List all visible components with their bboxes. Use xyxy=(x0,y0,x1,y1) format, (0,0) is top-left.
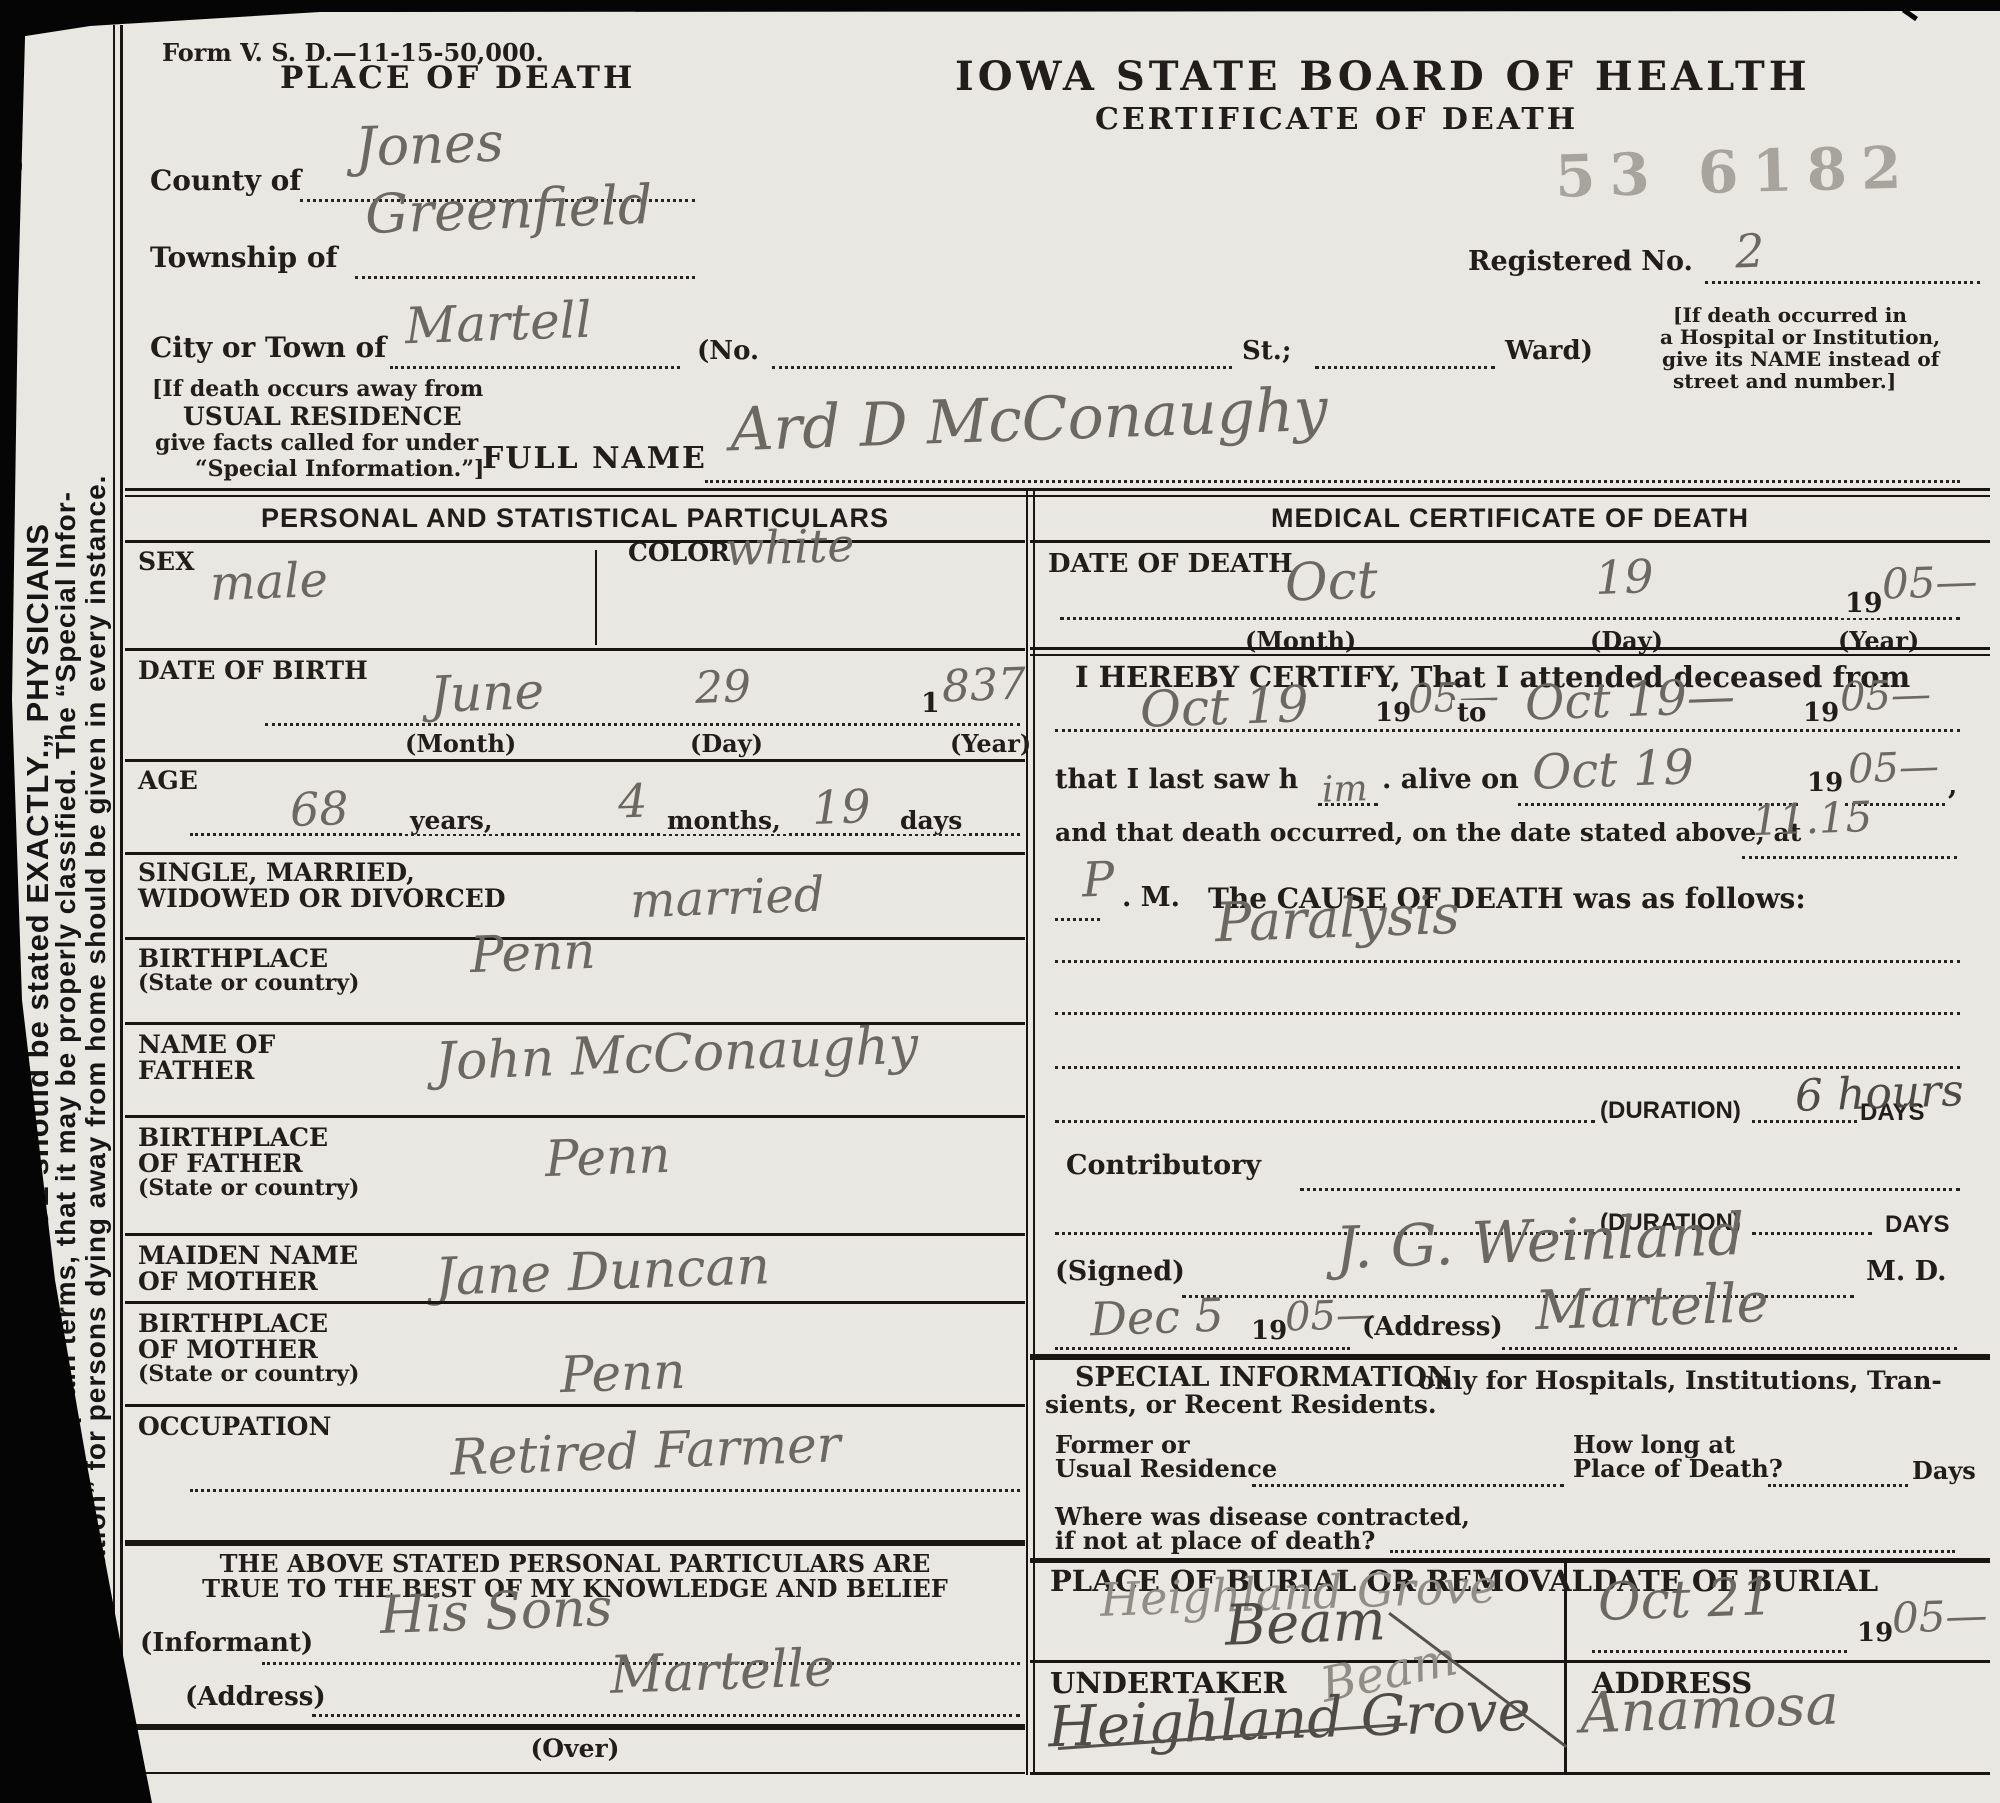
cause-line-3 xyxy=(1055,1066,1960,1069)
former-residence-line xyxy=(1252,1484,1564,1487)
right-rule-1b xyxy=(1030,654,1990,656)
column-divider-1 xyxy=(1026,488,1028,1775)
cause-line-1 xyxy=(1055,960,1960,963)
street-no-line xyxy=(772,366,1232,369)
left-rule-1 xyxy=(125,648,1025,651)
hospital-note-line1: [If death occurred in xyxy=(1673,305,1907,326)
date-of-death-day: 19 xyxy=(1594,553,1654,601)
dob-day-cap: (Day) xyxy=(690,731,763,756)
death-certificate-scan: carefully supplied. AGE should be stated… xyxy=(0,0,2000,1803)
date-of-death-year-hand: 05— xyxy=(1881,560,1978,605)
margin-instruction-line3: mation” for persons dying away from home… xyxy=(80,475,112,1592)
township-label: Township of xyxy=(150,243,338,272)
father-name-label-2: FATHER xyxy=(138,1058,254,1084)
former-residence-label-2: Usual Residence xyxy=(1055,1456,1277,1481)
duration2-days-label: DAYS xyxy=(1885,1212,1949,1237)
city-line xyxy=(390,366,680,369)
age-years-cap: years, xyxy=(405,808,498,834)
marital-label-2: WIDOWED OR DIVORCED xyxy=(138,886,506,912)
contributory-label: Contributory xyxy=(1066,1152,1261,1180)
township-line xyxy=(355,276,695,279)
cause-line-2 xyxy=(1055,1012,1960,1015)
right-rule-3 xyxy=(1030,1558,1990,1563)
color-value: white xyxy=(724,522,855,572)
left-rule-11 xyxy=(125,1724,1025,1730)
right-rule-2 xyxy=(1030,1354,1990,1360)
date-of-death-year-printed: 19 xyxy=(1840,590,1888,618)
signed-date-hand: Dec 5 xyxy=(1089,1292,1224,1343)
signed-date-line xyxy=(1055,1347,1350,1350)
date-of-death-line xyxy=(1060,617,1960,620)
hospital-note-line4: street and number.] xyxy=(1673,371,1896,392)
signed-address-line xyxy=(1502,1347,1957,1350)
full-name-label: FULL NAME xyxy=(482,443,707,475)
personal-section-title: PERSONAL AND STATISTICAL PARTICULARS xyxy=(125,504,1025,532)
last-saw-hand: im xyxy=(1321,771,1368,809)
left-rule-9 xyxy=(125,1404,1025,1407)
contributory-line xyxy=(1300,1188,1960,1191)
father-birthplace-label-1: BIRTHPLACE xyxy=(138,1125,328,1151)
informant-address-label: (Address) xyxy=(185,1684,326,1711)
occurred-text: and that death occurred, on the date sta… xyxy=(1055,820,1801,846)
informant-address-value: Martelle xyxy=(609,1642,835,1702)
certificate-title: CERTIFICATE OF DEATH xyxy=(1095,104,1578,136)
mother-birthplace-label-2: OF MOTHER xyxy=(138,1337,318,1363)
last-saw-comma: , xyxy=(1948,772,1957,800)
township-value: Greenfield xyxy=(364,178,653,242)
sex-value: male xyxy=(209,556,328,608)
birthplace-cap: (State or country) xyxy=(138,972,359,995)
street-no-label: (No. xyxy=(697,338,759,365)
residence-note-line2: USUAL RESIDENCE xyxy=(183,404,462,430)
burial-date-line xyxy=(1592,1650,1847,1653)
physician-address-value: Martelle xyxy=(1534,1276,1769,1338)
mother-name-label-1: MAIDEN NAME xyxy=(138,1243,358,1269)
last-saw-text-2: . alive on xyxy=(1382,766,1519,794)
pm-label: . M. xyxy=(1122,884,1180,912)
certify-from-hand: Oct 19 xyxy=(1139,679,1309,735)
full-name-line xyxy=(705,480,1960,483)
pm-hand: P xyxy=(1081,855,1115,904)
how-long-days-label: Days xyxy=(1912,1458,1976,1483)
dob-line xyxy=(265,723,1020,726)
last-saw-date-hand: Oct 19 xyxy=(1531,743,1694,797)
page-border-inner xyxy=(120,25,123,1795)
residence-note-line3: give facts called for under xyxy=(155,432,478,455)
informant-label: (Informant) xyxy=(140,1630,313,1657)
marital-label-1: SINGLE, MARRIED, xyxy=(138,860,415,886)
mother-birthplace-cap: (State or country) xyxy=(138,1363,359,1386)
father-birthplace-cap: (State or country) xyxy=(138,1177,359,1200)
occupation-label: OCCUPATION xyxy=(138,1414,331,1440)
full-name-value: Ard D McConaughy xyxy=(729,380,1328,461)
undertaker-address-value: Anamosa xyxy=(1579,1678,1840,1743)
certify-to-year-printed: 19 xyxy=(1798,700,1844,727)
informant-value: His Sons xyxy=(379,1582,613,1642)
last-saw-text-1: that I last saw h xyxy=(1055,766,1298,794)
street-line xyxy=(1315,366,1495,369)
column-divider-2 xyxy=(1033,488,1035,1775)
father-name-value: John McConaughy xyxy=(434,1020,919,1089)
left-rule-10 xyxy=(125,1540,1025,1546)
signed-address-label: (Address) xyxy=(1362,1314,1503,1341)
burial-date-value: Oct 21 xyxy=(1597,1571,1774,1629)
certify-to-hand: Oct 19— xyxy=(1524,672,1735,727)
age-days-value: 19 xyxy=(811,783,871,831)
duration-value: 6 hours xyxy=(1794,1069,1964,1119)
how-long-line xyxy=(1768,1484,1908,1487)
sex-label: SEX xyxy=(138,549,195,575)
residence-note-line4: “Special Information.”] xyxy=(195,458,484,481)
left-rule-7 xyxy=(125,1233,1025,1236)
special-info-line2: sients, or Recent Residents. xyxy=(1045,1392,1437,1418)
occupation-value: Retired Farmer xyxy=(449,1419,841,1483)
age-months-value: 4 xyxy=(617,778,648,825)
right-rule-1a xyxy=(1030,647,1990,650)
residence-note-line1: [If death occurs away from xyxy=(152,378,483,401)
mother-birthplace-value: Penn xyxy=(559,1346,686,1400)
certify-to-year-hand: 05— xyxy=(1839,674,1931,717)
county-label: County of xyxy=(150,166,301,195)
registration-stamp-number: 53 6182 xyxy=(1554,133,1916,210)
occurred-line xyxy=(1742,856,1957,859)
date-of-death-month: Oct xyxy=(1284,554,1378,609)
birthplace-value: Penn xyxy=(469,926,596,980)
dob-day-value: 29 xyxy=(694,665,752,711)
cause-of-death-value: Paralysis xyxy=(1214,888,1460,951)
burial-mid-rule xyxy=(1030,1660,1990,1663)
physician-signature: J. G. Weinland xyxy=(1334,1205,1745,1277)
father-name-label-1: NAME OF xyxy=(138,1032,275,1058)
md-label: M. D. xyxy=(1866,1258,1947,1286)
disease-contracted-line xyxy=(1390,1550,1955,1553)
mother-name-value: Jane Duncan xyxy=(434,1240,771,1304)
marital-value: married xyxy=(629,871,825,926)
burial-year-hand: 05— xyxy=(1891,1594,1988,1639)
special-info-rest: only for Hospitals, Institutions, Tran- xyxy=(1418,1368,1942,1394)
occurred-time-hand: 11.15 xyxy=(1751,796,1873,842)
date-of-death-label: DATE OF DEATH xyxy=(1048,551,1293,578)
over-caption: (Over) xyxy=(125,1736,1025,1762)
father-birthplace-value: Penn xyxy=(544,1130,671,1184)
burial-place-value: Beam xyxy=(1224,1593,1387,1655)
duration-label: (DURATION) xyxy=(1600,1098,1741,1123)
registered-no-value: 2 xyxy=(1734,228,1765,275)
hospital-note-line3: give its NAME instead of xyxy=(1662,349,1939,370)
registered-no-line xyxy=(1705,281,1980,284)
age-days-cap: days xyxy=(895,808,967,834)
age-label: AGE xyxy=(138,768,198,794)
age-years-value: 68 xyxy=(289,785,349,833)
father-birthplace-label-2: OF FATHER xyxy=(138,1151,303,1177)
certify-to-label: to xyxy=(1452,700,1491,727)
dob-year-cap: (Year) xyxy=(950,731,1031,756)
board-title: IOWA STATE BOARD OF HEALTH xyxy=(955,56,1811,98)
special-info-title: SPECIAL INFORMATION xyxy=(1075,1364,1452,1392)
ward-label: Ward) xyxy=(1505,338,1593,365)
place-of-death-title: PLACE OF DEATH xyxy=(280,62,635,95)
left-rule-2 xyxy=(125,759,1025,762)
occupation-line xyxy=(190,1489,1020,1492)
left-rule-6 xyxy=(125,1115,1025,1118)
dob-year-value: 837 xyxy=(941,663,1026,710)
duration2-line-b xyxy=(1752,1232,1872,1235)
color-label: COLOR xyxy=(628,540,730,566)
mother-name-label-2: OF MOTHER xyxy=(138,1269,318,1295)
attestation-line1: THE ABOVE STATED PERSONAL PARTICULARS AR… xyxy=(125,1551,1025,1576)
left-rule-8 xyxy=(125,1301,1025,1304)
dob-year-printed: 1 xyxy=(916,690,945,718)
last-saw-year-hand: 05— xyxy=(1847,746,1939,789)
left-title-rule xyxy=(125,540,1025,543)
age-months-cap: months, xyxy=(662,808,786,834)
duration-line-a xyxy=(1055,1120,1595,1123)
left-rule-3 xyxy=(125,852,1025,855)
signed-label: (Signed) xyxy=(1055,1258,1185,1286)
city-value: Martell xyxy=(404,295,592,351)
pm-line xyxy=(1055,918,1100,921)
mother-birthplace-label-1: BIRTHPLACE xyxy=(138,1311,328,1337)
street-label: St.; xyxy=(1242,338,1291,365)
hospital-note-line2: a Hospital or Institution, xyxy=(1660,327,1940,348)
header-rule-1 xyxy=(125,488,1990,491)
disease-contracted-label-2: if not at place of death? xyxy=(1055,1528,1375,1553)
page-border-outer xyxy=(113,25,115,1795)
dob-month-cap: (Month) xyxy=(405,731,516,756)
registered-no-label: Registered No. xyxy=(1468,248,1693,276)
dob-month-value: June xyxy=(429,666,545,720)
informant-address-line xyxy=(312,1714,1020,1717)
dob-label: DATE OF BIRTH xyxy=(138,658,368,684)
birthplace-label: BIRTHPLACE xyxy=(138,946,328,972)
county-value: Jones xyxy=(354,115,504,174)
right-title-rule xyxy=(1030,540,1990,543)
left-rule-12 xyxy=(125,1772,1025,1774)
right-bottom-rule xyxy=(1030,1772,1990,1775)
medical-section-title: MEDICAL CERTIFICATE OF DEATH xyxy=(1030,504,1990,532)
header-rule-2 xyxy=(125,495,1990,497)
city-label: City or Town of xyxy=(150,333,386,362)
sex-color-divider xyxy=(595,550,597,645)
how-long-label-2: Place of Death? xyxy=(1573,1456,1783,1481)
